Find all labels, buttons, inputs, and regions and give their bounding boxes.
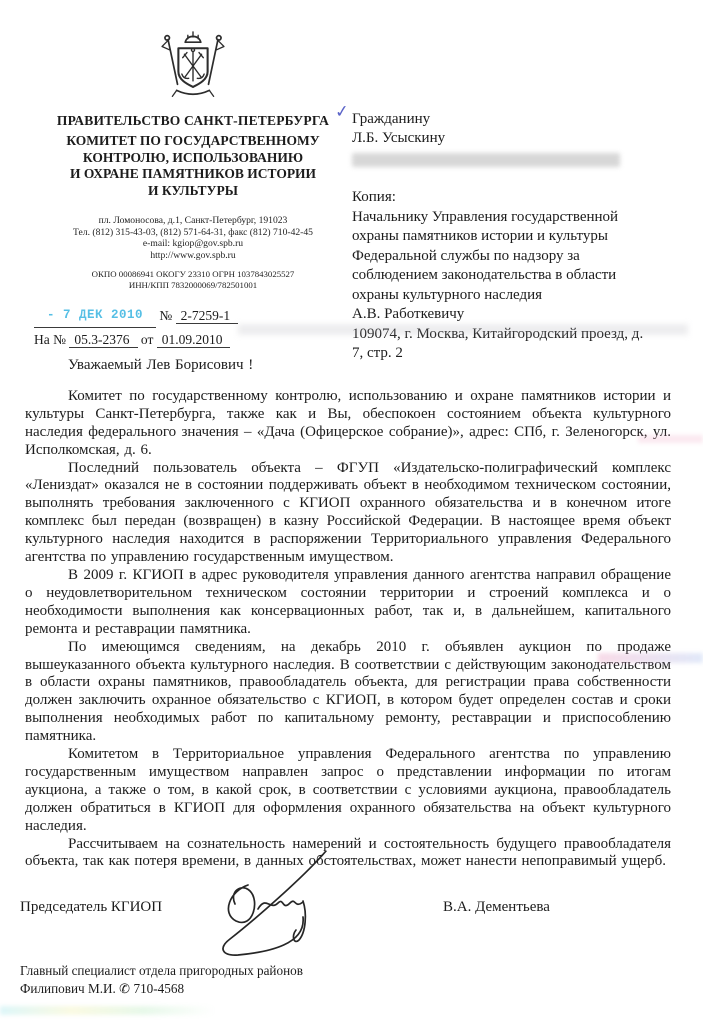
contact-block: пл. Ломоносова, д.1, Санкт-Петербург, 19… <box>28 215 358 261</box>
committee-name-line: КОНТРОЛЮ, ИСПОЛЬЗОВАНИЮ <box>28 150 358 167</box>
website-line: http://www.gov.spb.ru <box>28 250 358 262</box>
executor-line: Главный специалист отдела пригородных ра… <box>20 962 303 980</box>
spb-coat-of-arms-icon <box>28 28 358 108</box>
outgoing-reference-line: - 7 ДЕК 2010 № 2-7259-1 <box>34 302 358 328</box>
copy-recipient-line: охраны культурного наследия <box>352 286 654 306</box>
executor-block: Главный специалист отдела пригородных ра… <box>20 962 303 997</box>
date-field: - 7 ДЕК 2010 <box>34 302 156 328</box>
committee-name: КОМИТЕТ ПО ГОСУДАРСТВЕННОМУ КОНТРОЛЮ, ИС… <box>28 133 358 199</box>
reply-to-date: 01.09.2010 <box>157 332 231 348</box>
outgoing-number: 2-7259-1 <box>176 308 239 324</box>
phone-line: Тел. (812) 315-43-03, (812) 571-64-31, ф… <box>28 227 358 239</box>
checkmark-icon: ✓ <box>334 102 350 122</box>
salutation: Уважаемый Лев Борисович ! <box>25 357 671 375</box>
reply-label: На № <box>34 332 66 347</box>
body-paragraph: По имеющимся сведениям, на декабрь 2010 … <box>25 639 671 746</box>
phone-icon: ✆ <box>119 981 130 996</box>
email-line: e-mail: kgiop@gov.spb.ru <box>28 238 358 250</box>
copy-recipient-line: А.В. Работкевичу <box>352 305 654 325</box>
recipient-block: ✓ Гражданину Л.Б. Усыскину Копия: Началь… <box>352 110 654 364</box>
okpo-codes-line: ОКПО 00086941 ОКОГУ 23310 ОГРН 103784302… <box>28 269 358 280</box>
body-paragraph: Комитет по государственному контролю, ис… <box>25 388 671 460</box>
committee-name-line: КОМИТЕТ ПО ГОСУДАРСТВЕННОМУ <box>28 133 358 150</box>
copy-recipient-line: охраны памятников истории и культуры <box>352 227 654 247</box>
reply-from-label: от <box>141 332 153 347</box>
scan-artifact <box>0 1006 215 1015</box>
government-title: ПРАВИТЕЛЬСТВО САНКТ-ПЕТЕРБУРГА <box>28 113 358 129</box>
copy-recipient-line: Федеральной службы по надзору за <box>352 247 654 267</box>
signer-name: В.А. Дементьева <box>443 899 550 916</box>
redacted-address <box>352 153 620 167</box>
copy-recipient-line: Начальнику Управления государственной <box>352 208 654 228</box>
recipient-line: Л.Б. Усыскину <box>352 129 654 148</box>
reply-to-number: 05.3-2376 <box>69 332 137 348</box>
letterhead: ПРАВИТЕЛЬСТВО САНКТ-ПЕТЕРБУРГА КОМИТЕТ П… <box>28 28 358 351</box>
committee-name-line: И КУЛЬТУРЫ <box>28 183 358 200</box>
address-line: пл. Ломоносова, д.1, Санкт-Петербург, 19… <box>28 215 358 227</box>
recipient-line: Гражданину <box>352 110 654 129</box>
body-paragraph: Комитетом в Территориальное управления Ф… <box>25 746 671 836</box>
committee-name-line: И ОХРАНЕ ПАМЯТНИКОВ ИСТОРИИ <box>28 166 358 183</box>
copy-recipient-line: 109074, г. Москва, Китайгородский проезд… <box>352 325 654 345</box>
copy-recipient-block: Копия: Начальнику Управления государстве… <box>352 188 654 364</box>
inn-kpp-line: ИНН/КПП 7832000069/782501001 <box>28 280 358 291</box>
body-paragraph: Рассчитываем на сознательность намерений… <box>25 836 671 872</box>
number-label: № <box>159 308 172 323</box>
incoming-date-stamp: - 7 ДЕК 2010 <box>47 308 143 322</box>
copy-label: Копия: <box>352 188 654 208</box>
body-paragraph: Последний пользователь объекта – ФГУП «И… <box>25 460 671 567</box>
reply-reference-line: На № 05.3-2376 от 01.09.2010 <box>34 328 358 351</box>
executor-phone: 710-4568 <box>133 981 184 996</box>
reference-block: - 7 ДЕК 2010 № 2-7259-1 На № 05.3-2376 о… <box>28 302 358 351</box>
executor-name: Филипович М.И. <box>20 981 116 996</box>
letter-body: Уважаемый Лев Борисович ! Комитет по гос… <box>25 357 671 871</box>
scanned-letter: ПРАВИТЕЛЬСТВО САНКТ-ПЕТЕРБУРГА КОМИТЕТ П… <box>0 0 703 1024</box>
registry-codes: ОКПО 00086941 ОКОГУ 23310 ОГРН 103784302… <box>28 269 358 291</box>
copy-recipient-line: соблюдением законодательства в области <box>352 266 654 286</box>
signer-position: Председатель КГИОП <box>20 899 162 916</box>
signature-scribble <box>208 851 330 971</box>
body-paragraph: В 2009 г. КГИОП в адрес руководителя упр… <box>25 567 671 639</box>
executor-contact: Филипович М.И. ✆ 710-4568 <box>20 980 303 998</box>
